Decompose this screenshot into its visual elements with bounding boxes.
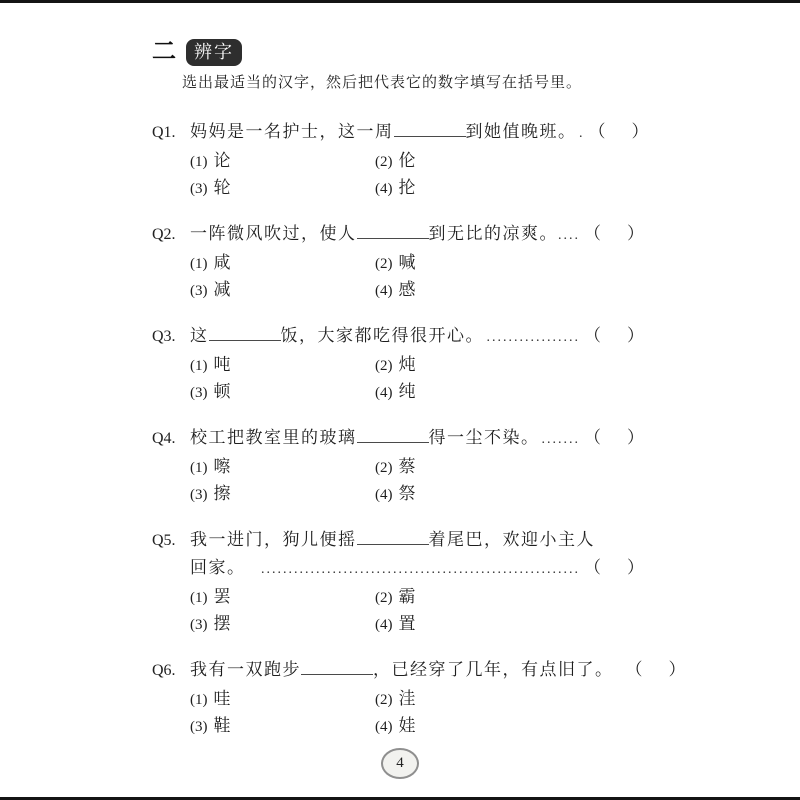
option-item: (1)嚓 (190, 454, 375, 481)
dot-leader: ..................... (484, 326, 584, 350)
options-grid: (1)哇(2)洼(3)鞋(4)娃 (190, 686, 644, 740)
question-label: Q4. (152, 427, 190, 451)
question-text-segment: 我有一双跑步 (190, 660, 301, 679)
question-text: 妈妈是一名护士，这一周到她值晚班。 (190, 120, 577, 144)
option-character: 抡 (399, 178, 416, 197)
answer-blank-line (357, 224, 429, 239)
question-text: 回家。 (190, 556, 246, 580)
question-line: Q3.这饭，大家都吃得很开心。.....................（） (152, 324, 644, 348)
option-item: (2)洼 (375, 686, 644, 713)
question-text-segment: 着尾巴，欢迎小主人 (429, 530, 596, 549)
question-text-segment: 回家。 (190, 558, 246, 577)
option-character: 伦 (399, 151, 416, 170)
question-text-segment: ，已经穿了几年，有点旧了。 (373, 660, 614, 679)
question-label: Q1. (152, 121, 190, 145)
option-character: 擦 (214, 484, 231, 503)
option-item: (4)感 (375, 277, 644, 304)
option-item: (4)置 (375, 611, 644, 638)
options-grid: (1)吨(2)炖(3)顿(4)纯 (190, 352, 644, 406)
option-item: (1)论 (190, 148, 375, 175)
question: Q2.一阵微风吹过，使人到无比的凉爽。........（）(1)咸(2)喊(3)… (152, 222, 644, 304)
option-item: (2)炖 (375, 352, 644, 379)
answer-parentheses: （） (584, 324, 644, 348)
option-item: (3)鞋 (190, 713, 375, 740)
question: Q5.我一进门，狗儿便摇着尾巴，欢迎小主人回家。................… (152, 528, 644, 638)
option-item: (3)减 (190, 277, 375, 304)
question-label: Q6. (152, 659, 190, 683)
option-item: (3)轮 (190, 175, 375, 202)
option-item: (1)罢 (190, 584, 375, 611)
question: Q3.这饭，大家都吃得很开心。.....................（）(1… (152, 324, 644, 406)
question-text-segment: 我一进门，狗儿便摇 (190, 530, 357, 549)
option-number: (3) (190, 283, 208, 299)
question-line: Q1.妈妈是一名护士，这一周到她值晚班。....（） (152, 120, 644, 144)
option-character: 洼 (399, 689, 416, 708)
option-character: 祭 (399, 484, 416, 503)
option-number: (2) (375, 154, 393, 170)
option-character: 哇 (214, 689, 231, 708)
option-number: (4) (375, 385, 393, 401)
paren-open: （ (584, 222, 601, 246)
paren-open: （ (584, 324, 601, 348)
answer-parentheses: （） (584, 556, 644, 580)
section-header: 二 辨字 (152, 38, 644, 66)
option-item: (4)抡 (375, 175, 644, 202)
option-item: (3)摆 (190, 611, 375, 638)
question-text-segment: 这 (190, 326, 209, 345)
option-character: 嚓 (214, 457, 231, 476)
option-character: 吨 (214, 355, 231, 374)
option-item: (1)咸 (190, 250, 375, 277)
option-number: (4) (375, 719, 393, 735)
option-number: (1) (190, 154, 208, 170)
question-text-segment: 校工把教室里的玻璃 (190, 428, 357, 447)
option-item: (4)纯 (375, 379, 644, 406)
option-item: (3)擦 (190, 481, 375, 508)
questions: Q1.妈妈是一名护士，这一周到她值晚班。....（）(1)论(2)伦(3)轮(4… (152, 120, 644, 740)
option-character: 娃 (399, 716, 416, 735)
question-label: Q3. (152, 325, 190, 349)
option-character: 置 (399, 614, 416, 633)
question-text-segment: 妈妈是一名护士，这一周 (190, 122, 394, 141)
instruction-text: 选出最适当的汉字，然后把代表它的数字填写在括号里。 (182, 72, 644, 94)
option-number: (3) (190, 385, 208, 401)
option-number: (2) (375, 590, 393, 606)
option-number: (1) (190, 256, 208, 272)
question-text-segment: 到无比的凉爽。 (429, 224, 559, 243)
option-number: (3) (190, 617, 208, 633)
option-character: 轮 (214, 178, 231, 197)
question-line: 回家。.....................................… (152, 556, 644, 580)
option-item: (1)哇 (190, 686, 375, 713)
dot-leader: ........ (558, 224, 584, 248)
option-character: 纯 (399, 382, 416, 401)
paren-close: ） (669, 658, 686, 682)
option-number: (3) (190, 719, 208, 735)
scan-edge-top (0, 0, 800, 3)
answer-parentheses: （） (584, 426, 644, 450)
option-character: 喊 (399, 253, 416, 272)
question-text-segment: 到她值晚班。 (466, 122, 577, 141)
option-number: (4) (375, 617, 393, 633)
options-grid: (1)咸(2)喊(3)减(4)感 (190, 250, 644, 304)
section-number: 二 (152, 38, 176, 66)
question-label: Q2. (152, 223, 190, 247)
option-character: 鞋 (214, 716, 231, 735)
question-text-segment: 一阵微风吹过，使人 (190, 224, 357, 243)
option-character: 感 (399, 280, 416, 299)
option-character: 论 (214, 151, 231, 170)
paren-close: ） (627, 426, 644, 450)
page-number-badge: 4 (381, 748, 419, 779)
options-grid: (1)罢(2)霸(3)摆(4)置 (190, 584, 644, 638)
option-number: (2) (375, 460, 393, 476)
question-line: Q4.校工把教室里的玻璃得一尘不染。............（） (152, 426, 644, 450)
option-character: 炖 (399, 355, 416, 374)
option-number: (4) (375, 283, 393, 299)
worksheet-page: 二 辨字 选出最适当的汉字，然后把代表它的数字填写在括号里。 Q1.妈妈是一名护… (152, 38, 644, 760)
question-line: Q6.我有一双跑步，已经穿了几年，有点旧了。（） (152, 658, 644, 682)
question-label: Q5. (152, 529, 190, 553)
section-title-badge: 辨字 (186, 39, 242, 66)
answer-blank-line (357, 428, 429, 443)
dot-leader: ........................................… (253, 558, 584, 582)
question-text: 我一进门，狗儿便摇着尾巴，欢迎小主人 (190, 528, 595, 552)
option-character: 摆 (214, 614, 231, 633)
option-number: (3) (190, 487, 208, 503)
answer-blank-line (301, 660, 373, 675)
option-item: (1)吨 (190, 352, 375, 379)
answer-blank-line (209, 326, 281, 341)
option-number: (4) (375, 487, 393, 503)
question-text: 一阵微风吹过，使人到无比的凉爽。 (190, 222, 558, 246)
paren-close: ） (627, 324, 644, 348)
answer-blank-line (357, 530, 429, 545)
option-character: 咸 (214, 253, 231, 272)
option-number: (4) (375, 181, 393, 197)
paren-close: ） (632, 120, 649, 144)
question-text: 这饭，大家都吃得很开心。 (190, 324, 484, 348)
paren-open: （ (626, 658, 643, 682)
answer-parentheses: （） (584, 222, 644, 246)
answer-parentheses: （） (589, 120, 649, 144)
paren-close: ） (627, 556, 644, 580)
question-text-segment: 饭，大家都吃得很开心。 (281, 326, 485, 345)
paren-open: （ (584, 556, 601, 580)
options-grid: (1)论(2)伦(3)轮(4)抡 (190, 148, 644, 202)
option-item: (2)喊 (375, 250, 644, 277)
option-item: (2)霸 (375, 584, 644, 611)
option-number: (2) (375, 358, 393, 374)
option-number: (2) (375, 692, 393, 708)
option-number: (2) (375, 256, 393, 272)
page-footer: 4 (0, 748, 800, 779)
question-text-segment: 得一尘不染。 (429, 428, 540, 447)
answer-blank-line (394, 122, 466, 137)
option-number: (1) (190, 460, 208, 476)
options-grid: (1)嚓(2)蔡(3)擦(4)祭 (190, 454, 644, 508)
option-number: (1) (190, 358, 208, 374)
option-character: 罢 (214, 587, 231, 606)
option-character: 霸 (399, 587, 416, 606)
paren-close: ） (627, 222, 644, 246)
option-item: (2)蔡 (375, 454, 644, 481)
paren-open: （ (589, 120, 606, 144)
question-line: Q5.我一进门，狗儿便摇着尾巴，欢迎小主人 (152, 528, 644, 552)
option-character: 减 (214, 280, 231, 299)
option-character: 蔡 (399, 457, 416, 476)
option-number: (3) (190, 181, 208, 197)
option-character: 顿 (214, 382, 231, 401)
question: Q6.我有一双跑步，已经穿了几年，有点旧了。（）(1)哇(2)洼(3)鞋(4)娃 (152, 658, 644, 740)
option-number: (1) (190, 692, 208, 708)
dot-leader: ............ (540, 428, 585, 452)
option-number: (1) (190, 590, 208, 606)
dot-leader: .... (577, 122, 589, 146)
question-text: 我有一双跑步，已经穿了几年，有点旧了。 (190, 658, 614, 682)
question-text: 校工把教室里的玻璃得一尘不染。 (190, 426, 540, 450)
question: Q4.校工把教室里的玻璃得一尘不染。............（）(1)嚓(2)蔡… (152, 426, 644, 508)
question: Q1.妈妈是一名护士，这一周到她值晚班。....（）(1)论(2)伦(3)轮(4… (152, 120, 644, 202)
option-item: (3)顿 (190, 379, 375, 406)
answer-parentheses: （） (626, 658, 686, 682)
paren-open: （ (584, 426, 601, 450)
option-item: (2)伦 (375, 148, 644, 175)
option-item: (4)祭 (375, 481, 644, 508)
question-line: Q2.一阵微风吹过，使人到无比的凉爽。........（） (152, 222, 644, 246)
option-item: (4)娃 (375, 713, 644, 740)
